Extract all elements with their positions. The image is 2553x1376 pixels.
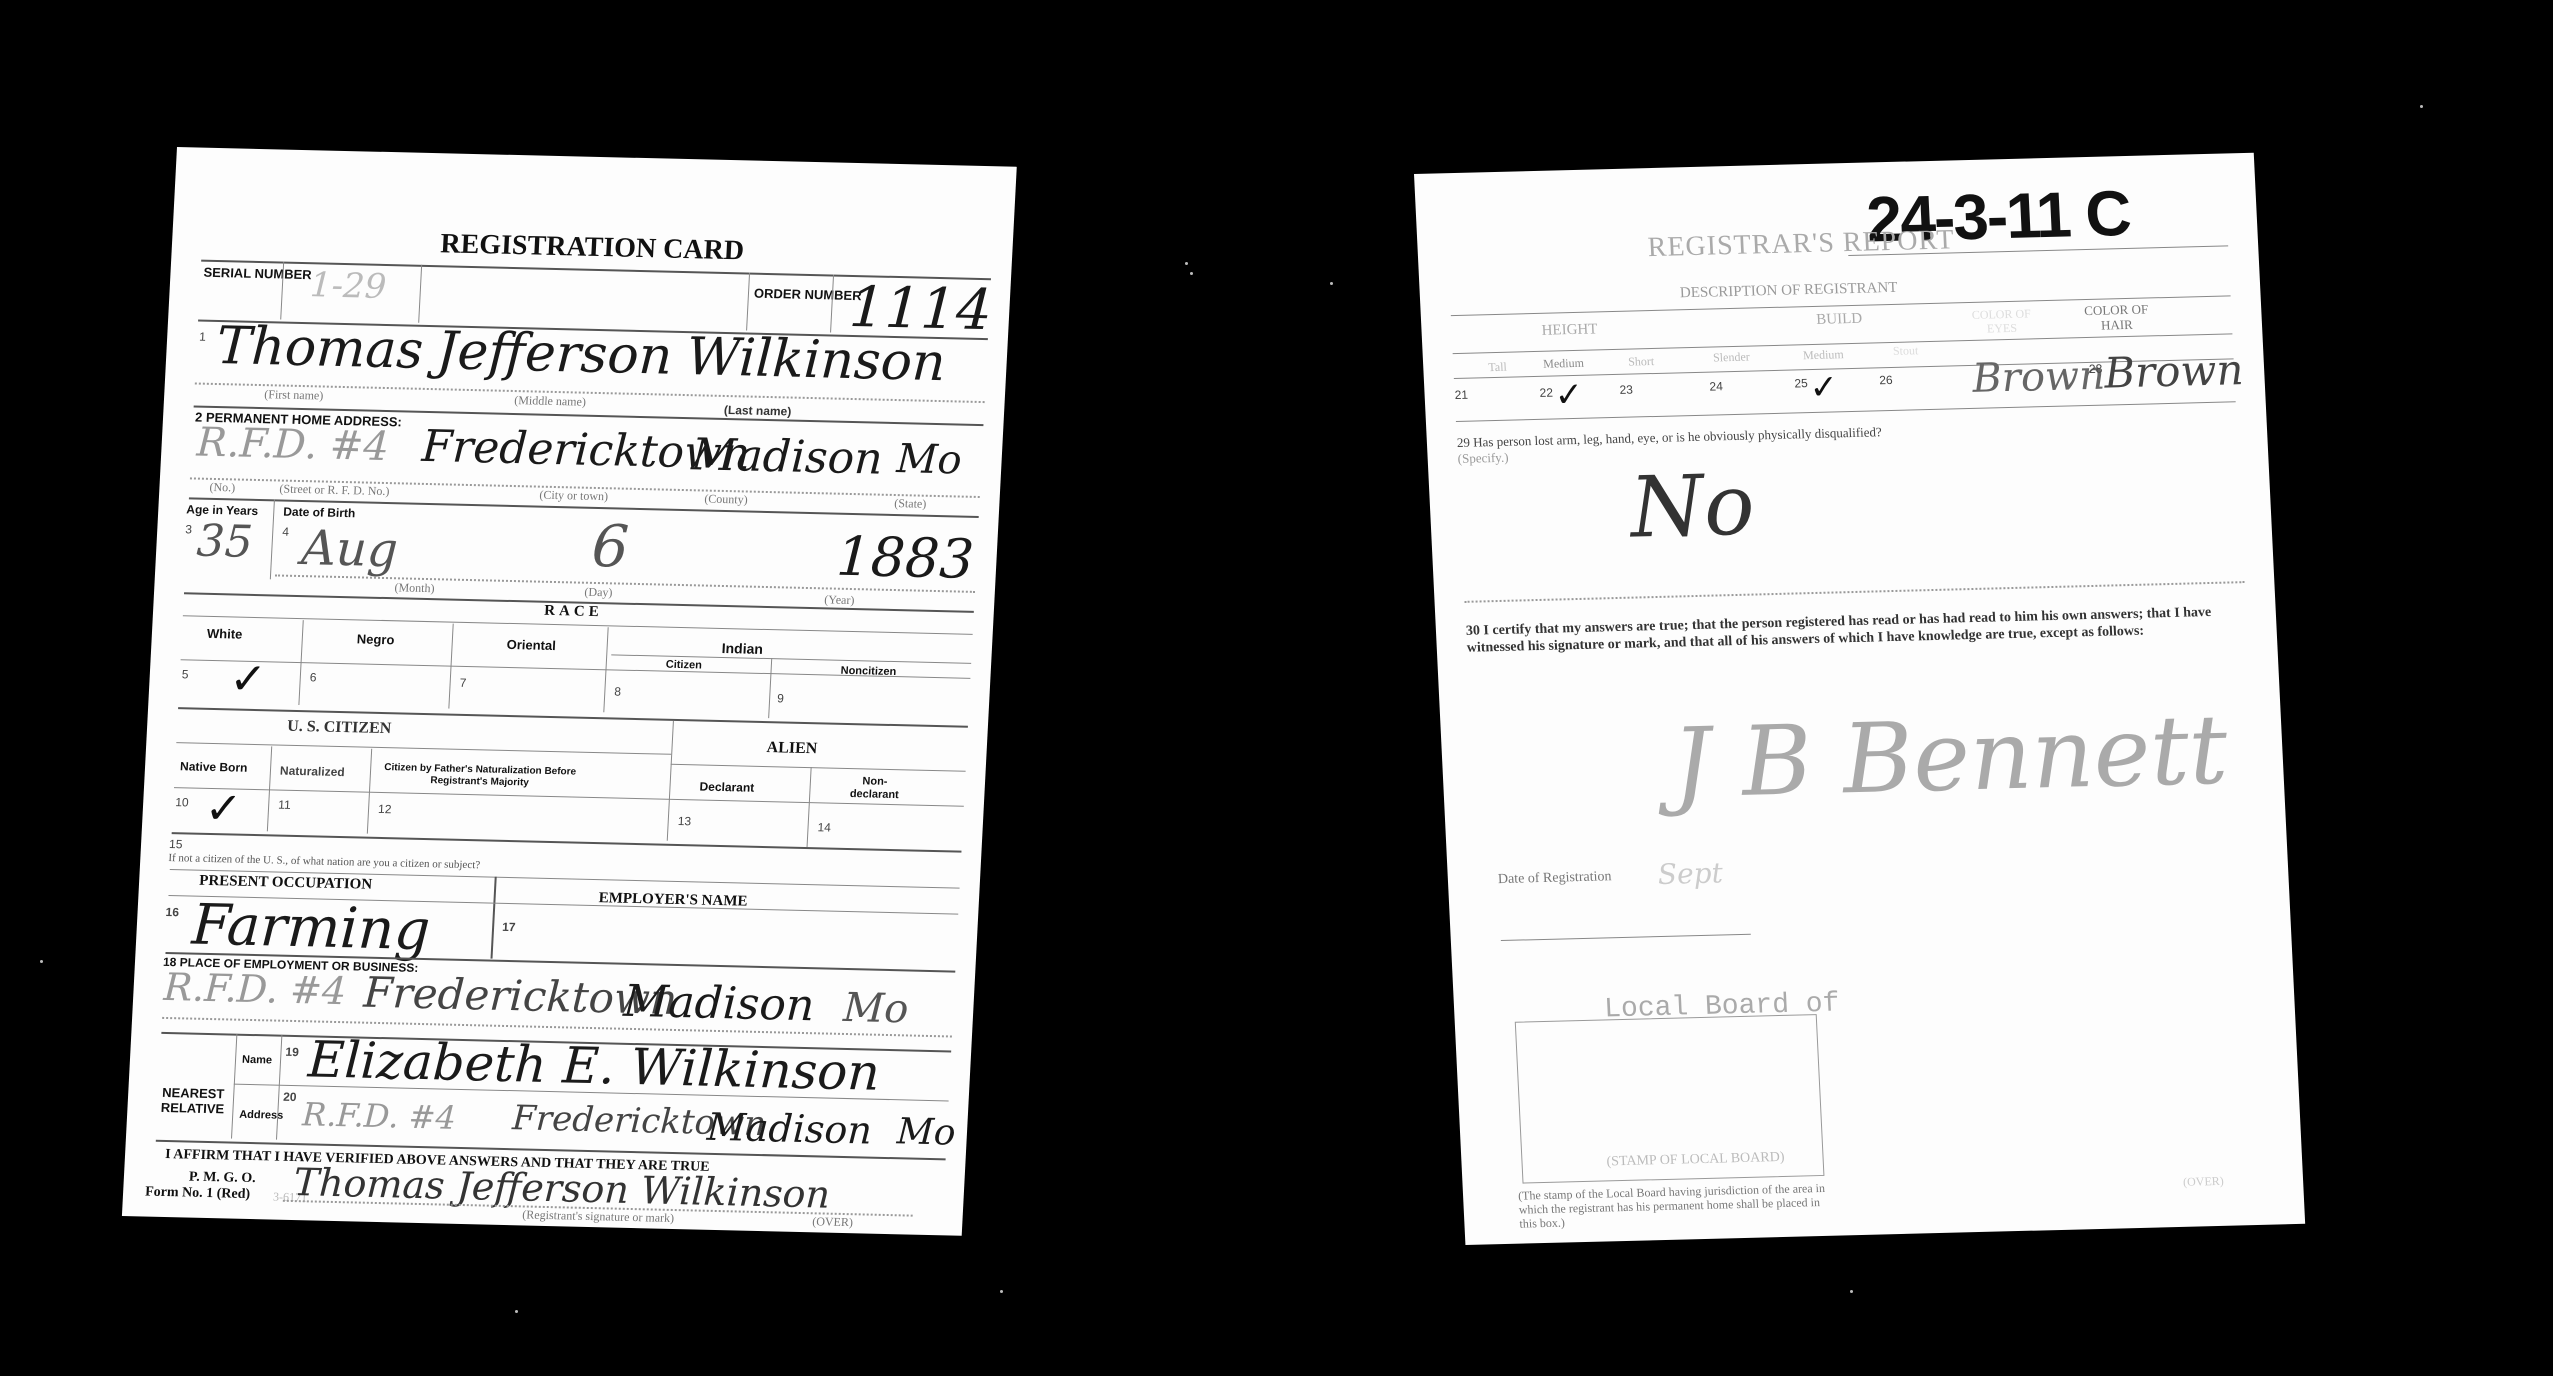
registration-card: REGISTRATION CARD SERIAL NUMBER 1-29 ORD… — [122, 147, 1017, 1236]
build-medium-label: Medium — [1803, 347, 1844, 363]
field-number: 14 — [817, 820, 831, 834]
dob-year: 1883 — [835, 525, 976, 591]
serial-number-value: 1-29 — [309, 265, 387, 307]
race-white-checkmark: ✓ — [228, 653, 267, 705]
field-number: 13 — [677, 814, 691, 828]
over-label: (OVER) — [2183, 1174, 2224, 1190]
build-title: BUILD — [1816, 311, 1863, 329]
dob-day: 6 — [590, 512, 630, 581]
field-number: 15 — [169, 837, 183, 851]
background-speck — [2420, 105, 2423, 108]
registrars-report-card: 24-3-11 C REGISTRAR'S REPORT DESCRIPTION… — [1414, 153, 2305, 1245]
field-number: 20 — [283, 1090, 297, 1104]
field-number: 16 — [165, 905, 179, 919]
field-number: 3 — [185, 522, 192, 536]
background-speck — [40, 960, 43, 963]
nearest-relative-label: NEAREST RELATIVE — [157, 1085, 229, 1117]
date-of-registration-label: Date of Registration — [1498, 869, 1612, 888]
field-number: 21 — [1454, 388, 1468, 402]
age-value: 35 — [195, 516, 254, 568]
home-address-county: Madison — [690, 429, 884, 484]
field-number: 4 — [282, 525, 289, 539]
registrant-middle-name: Jefferson — [435, 321, 674, 386]
field-number: 23 — [1619, 383, 1633, 397]
address-state-label: (State) — [894, 496, 927, 512]
serial-number-label: SERIAL NUMBER — [203, 266, 279, 282]
alien-title: ALIEN — [766, 739, 818, 758]
field-number: 12 — [378, 802, 392, 816]
hair-color-value: Brown — [2103, 345, 2245, 397]
field-number: 11 — [278, 798, 291, 812]
form-id: P. M. G. O. — [189, 1170, 257, 1188]
field-number: 7 — [459, 676, 466, 690]
registrant-first-name: Thomas — [215, 316, 425, 381]
background-speck — [515, 1310, 518, 1313]
home-address-no: R.F.D. #4 — [196, 420, 390, 470]
non-declarant-label: Non-declarant — [844, 775, 905, 802]
last-name-label: (Last name) — [724, 403, 792, 419]
race-negro-label: Negro — [356, 631, 394, 647]
form-number: Form No. 1 (Red) — [145, 1185, 251, 1203]
question-30-certification: 30 I certify that my answers are true; t… — [1466, 603, 2237, 656]
field-number: 26 — [1879, 373, 1893, 387]
background-speck — [1190, 272, 1193, 275]
local-board-stamp-text: Local Board of — [1604, 989, 1841, 1026]
eyes-title: COLOR OF EYES — [1966, 306, 2037, 336]
over-label: (OVER) — [812, 1214, 853, 1230]
question-29-specify: (Specify.) — [1457, 450, 1509, 467]
order-number-label: ORDER NUMBER — [754, 287, 830, 303]
field-number: 28 — [2089, 362, 2103, 376]
native-born-label: Native Born — [180, 759, 248, 775]
place-no: R.F.D. #4 — [163, 965, 348, 1013]
field-number: 6 — [309, 670, 316, 684]
address-street-label: (Street or R. F. D. No.) — [279, 482, 390, 500]
report-title: REGISTRAR'S REPORT — [1647, 224, 1955, 264]
registrar-signature: J B Bennett — [1670, 694, 2230, 820]
us-citizen-title: U. S. CITIZEN — [287, 718, 392, 738]
relative-address-no: R.F.D. #4 — [301, 1095, 457, 1137]
race-white-label: White — [207, 626, 243, 642]
dob-day-label: (Day) — [584, 585, 613, 601]
eye-color-value: Brown — [1971, 353, 2106, 402]
occupation-label: PRESENT OCCUPATION — [199, 873, 373, 894]
field-number: 24 — [1709, 379, 1723, 393]
middle-name-label: (Middle name) — [514, 393, 586, 410]
background-speck — [1000, 1290, 1003, 1293]
field-number: 1 — [199, 330, 206, 344]
dob-label: Date of Birth — [283, 505, 356, 521]
address-city-label: (City or town) — [539, 488, 608, 505]
build-slender-label: Slender — [1713, 350, 1750, 366]
place-state: Mo — [842, 985, 909, 1032]
race-indian-label: Indian — [721, 640, 763, 657]
home-address-state: Mo — [895, 436, 962, 483]
relative-address-county: Madison — [706, 1105, 873, 1153]
field-number: 22 — [1539, 386, 1553, 400]
height-tall-label: Tall — [1488, 360, 1507, 375]
race-indian-citizen-label: Citizen — [665, 659, 702, 672]
place-county: Madison — [622, 976, 816, 1031]
description-title: DESCRIPTION OF REGISTRANT — [1680, 280, 1898, 302]
nationality-question: If not a citizen of the U. S., of what n… — [168, 852, 480, 871]
question-29-answer: No — [1628, 456, 1757, 557]
field-number: 17 — [502, 920, 516, 934]
background-speck — [1850, 1290, 1853, 1293]
field-number: 8 — [614, 684, 621, 698]
field-number: 9 — [777, 691, 784, 705]
address-county-label: (County) — [704, 492, 748, 508]
build-medium-checkmark: ✓ — [1809, 367, 1839, 408]
address-no-label: (No.) — [209, 480, 235, 496]
hair-title: COLOR OF HAIR — [2081, 301, 2152, 333]
dob-month-label: (Month) — [394, 580, 435, 596]
first-name-label: (First name) — [264, 387, 324, 403]
citizen-by-father-label: Citizen by Father's Naturalization Befor… — [379, 762, 580, 791]
relative-name: Elizabeth E. Wilkinson — [307, 1030, 881, 1101]
background-speck — [1330, 282, 1333, 285]
race-oriental-label: Oriental — [506, 637, 556, 653]
relative-address-state: Mo — [896, 1111, 957, 1153]
height-medium-checkmark: ✓ — [1554, 375, 1584, 416]
height-medium-label: Medium — [1543, 356, 1584, 372]
stamp-note: (The stamp of the Local Board having jur… — [1518, 1181, 1840, 1231]
question-29: 29 Has person lost arm, leg, hand, eye, … — [1457, 424, 1883, 451]
signature-label: (Registrant's signature or mark) — [522, 1207, 675, 1226]
field-number: 5 — [181, 667, 188, 681]
date-of-registration-value: Sept — [1657, 856, 1724, 891]
field-number: 10 — [175, 795, 189, 809]
relative-name-label: Name — [242, 1054, 273, 1067]
registrant-last-name: Wilkinson — [685, 327, 947, 393]
native-born-checkmark: ✓ — [204, 783, 243, 835]
dob-month: Aug — [300, 520, 399, 578]
dob-year-label: (Year) — [824, 592, 855, 608]
height-title: HEIGHT — [1541, 321, 1598, 339]
naturalized-label: Naturalized — [280, 764, 345, 780]
field-number: 19 — [285, 1045, 299, 1059]
build-stout-label: Stout — [1893, 343, 1919, 359]
background-speck — [1185, 262, 1188, 265]
declarant-label: Declarant — [699, 779, 754, 794]
height-short-label: Short — [1628, 354, 1655, 370]
field-number: 25 — [1794, 376, 1808, 390]
